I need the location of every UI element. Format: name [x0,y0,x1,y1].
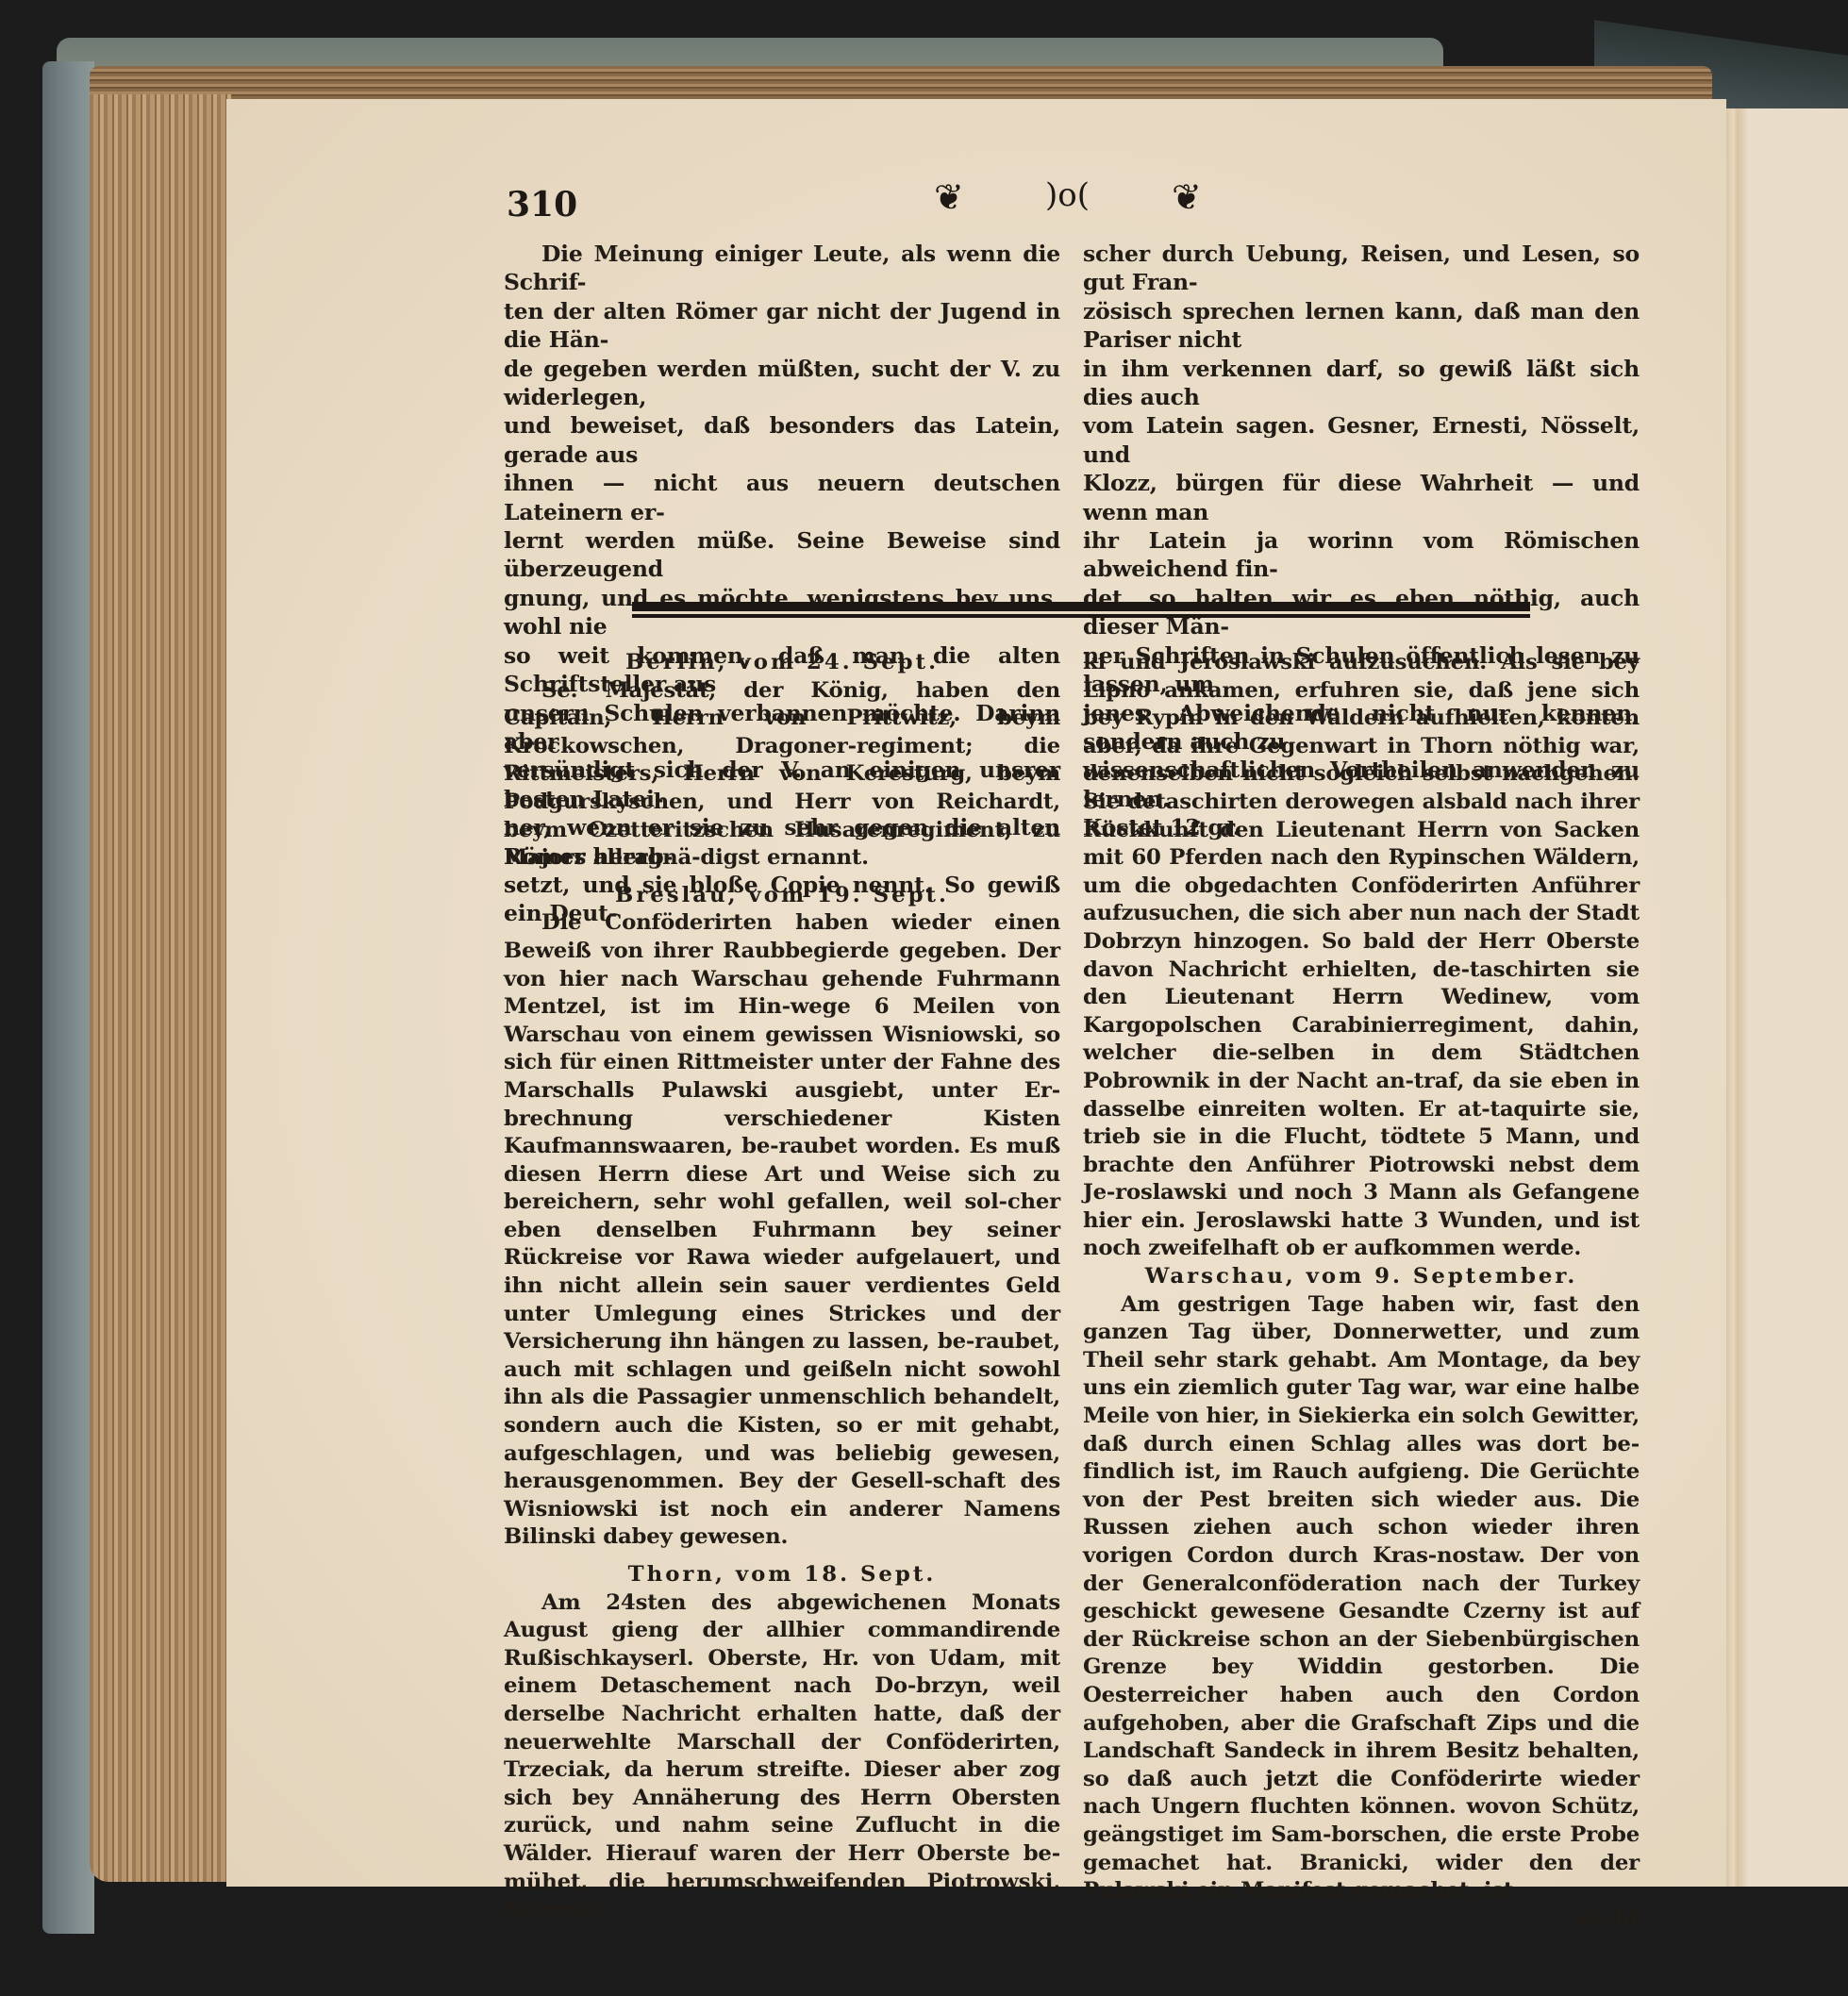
review-line: in ihm verkennen darf, so gewiß läßt sic… [1083,355,1640,412]
article-berlin: Se. Majestät, der König, haben den Capit… [504,677,1060,873]
shell-ornament-icon: ❦ [934,179,964,215]
section-divider-rule [632,602,1530,614]
review-line: ten der alten Römer gar nicht der Jugend… [504,297,1060,355]
dateline-warschau: Warschau, vom 9. September. [1083,1263,1640,1291]
shell-ornament-icon: ❦ [1172,179,1202,215]
news-left-column: Berlin, vom 24. Sept. Se. Majestät, der … [504,649,1060,1924]
facing-page [1748,108,1848,1887]
article-thorn-part2: ki und Jeroslawski aufzusuchen. Als sie … [1083,649,1640,1263]
article-breslau: Die Conföderirten haben wieder einen Bew… [504,909,1060,1552]
dateline-thorn: Thorn, vom 18. Sept. [504,1561,1060,1589]
dateline-berlin: Berlin, vom 24. Sept. [504,649,1060,677]
review-line: Die Meinung einiger Leute, als wenn die … [504,240,1060,297]
review-line: ihnen — nicht aus neuern deutschen Latei… [504,469,1060,526]
news-right-column: ki und Jeroslawski aufzusuchen. Als sie … [1083,649,1640,1933]
article-warschau: Am gestrigen Tage haben wir, fast den ga… [1083,1291,1640,1905]
article-thorn-part1: Am 24sten des abgewichenen Monats August… [504,1589,1060,1924]
review-line: scher durch Uebung, Reisen, und Lesen, s… [1083,240,1640,297]
review-line: lernt werden müße. Seine Beweise sind üb… [504,526,1060,584]
page-block-side-edge [90,94,231,1882]
review-line: und beweiset, daß besonders das Latein, … [504,411,1060,469]
review-line: de gegeben werden müßten, sucht der V. z… [504,355,1060,412]
review-line: ihr Latein ja worinn vom Römischen abwei… [1083,526,1640,584]
review-line: Klozz, bürgen für diese Wahrheit — und w… [1083,469,1640,526]
catchword: nicht [1083,1905,1640,1934]
page-number: 310 [507,185,577,225]
dateline-breslau: Breslau, vom 19. Sept. [504,882,1060,910]
book-cover-left [42,61,94,1934]
review-line: zösisch sprechen lernen kann, daß man de… [1083,297,1640,355]
review-line: vom Latein sagen. Gesner, Ernesti, Nösse… [1083,411,1640,469]
header-ornament-icon: )o( [1045,179,1090,211]
